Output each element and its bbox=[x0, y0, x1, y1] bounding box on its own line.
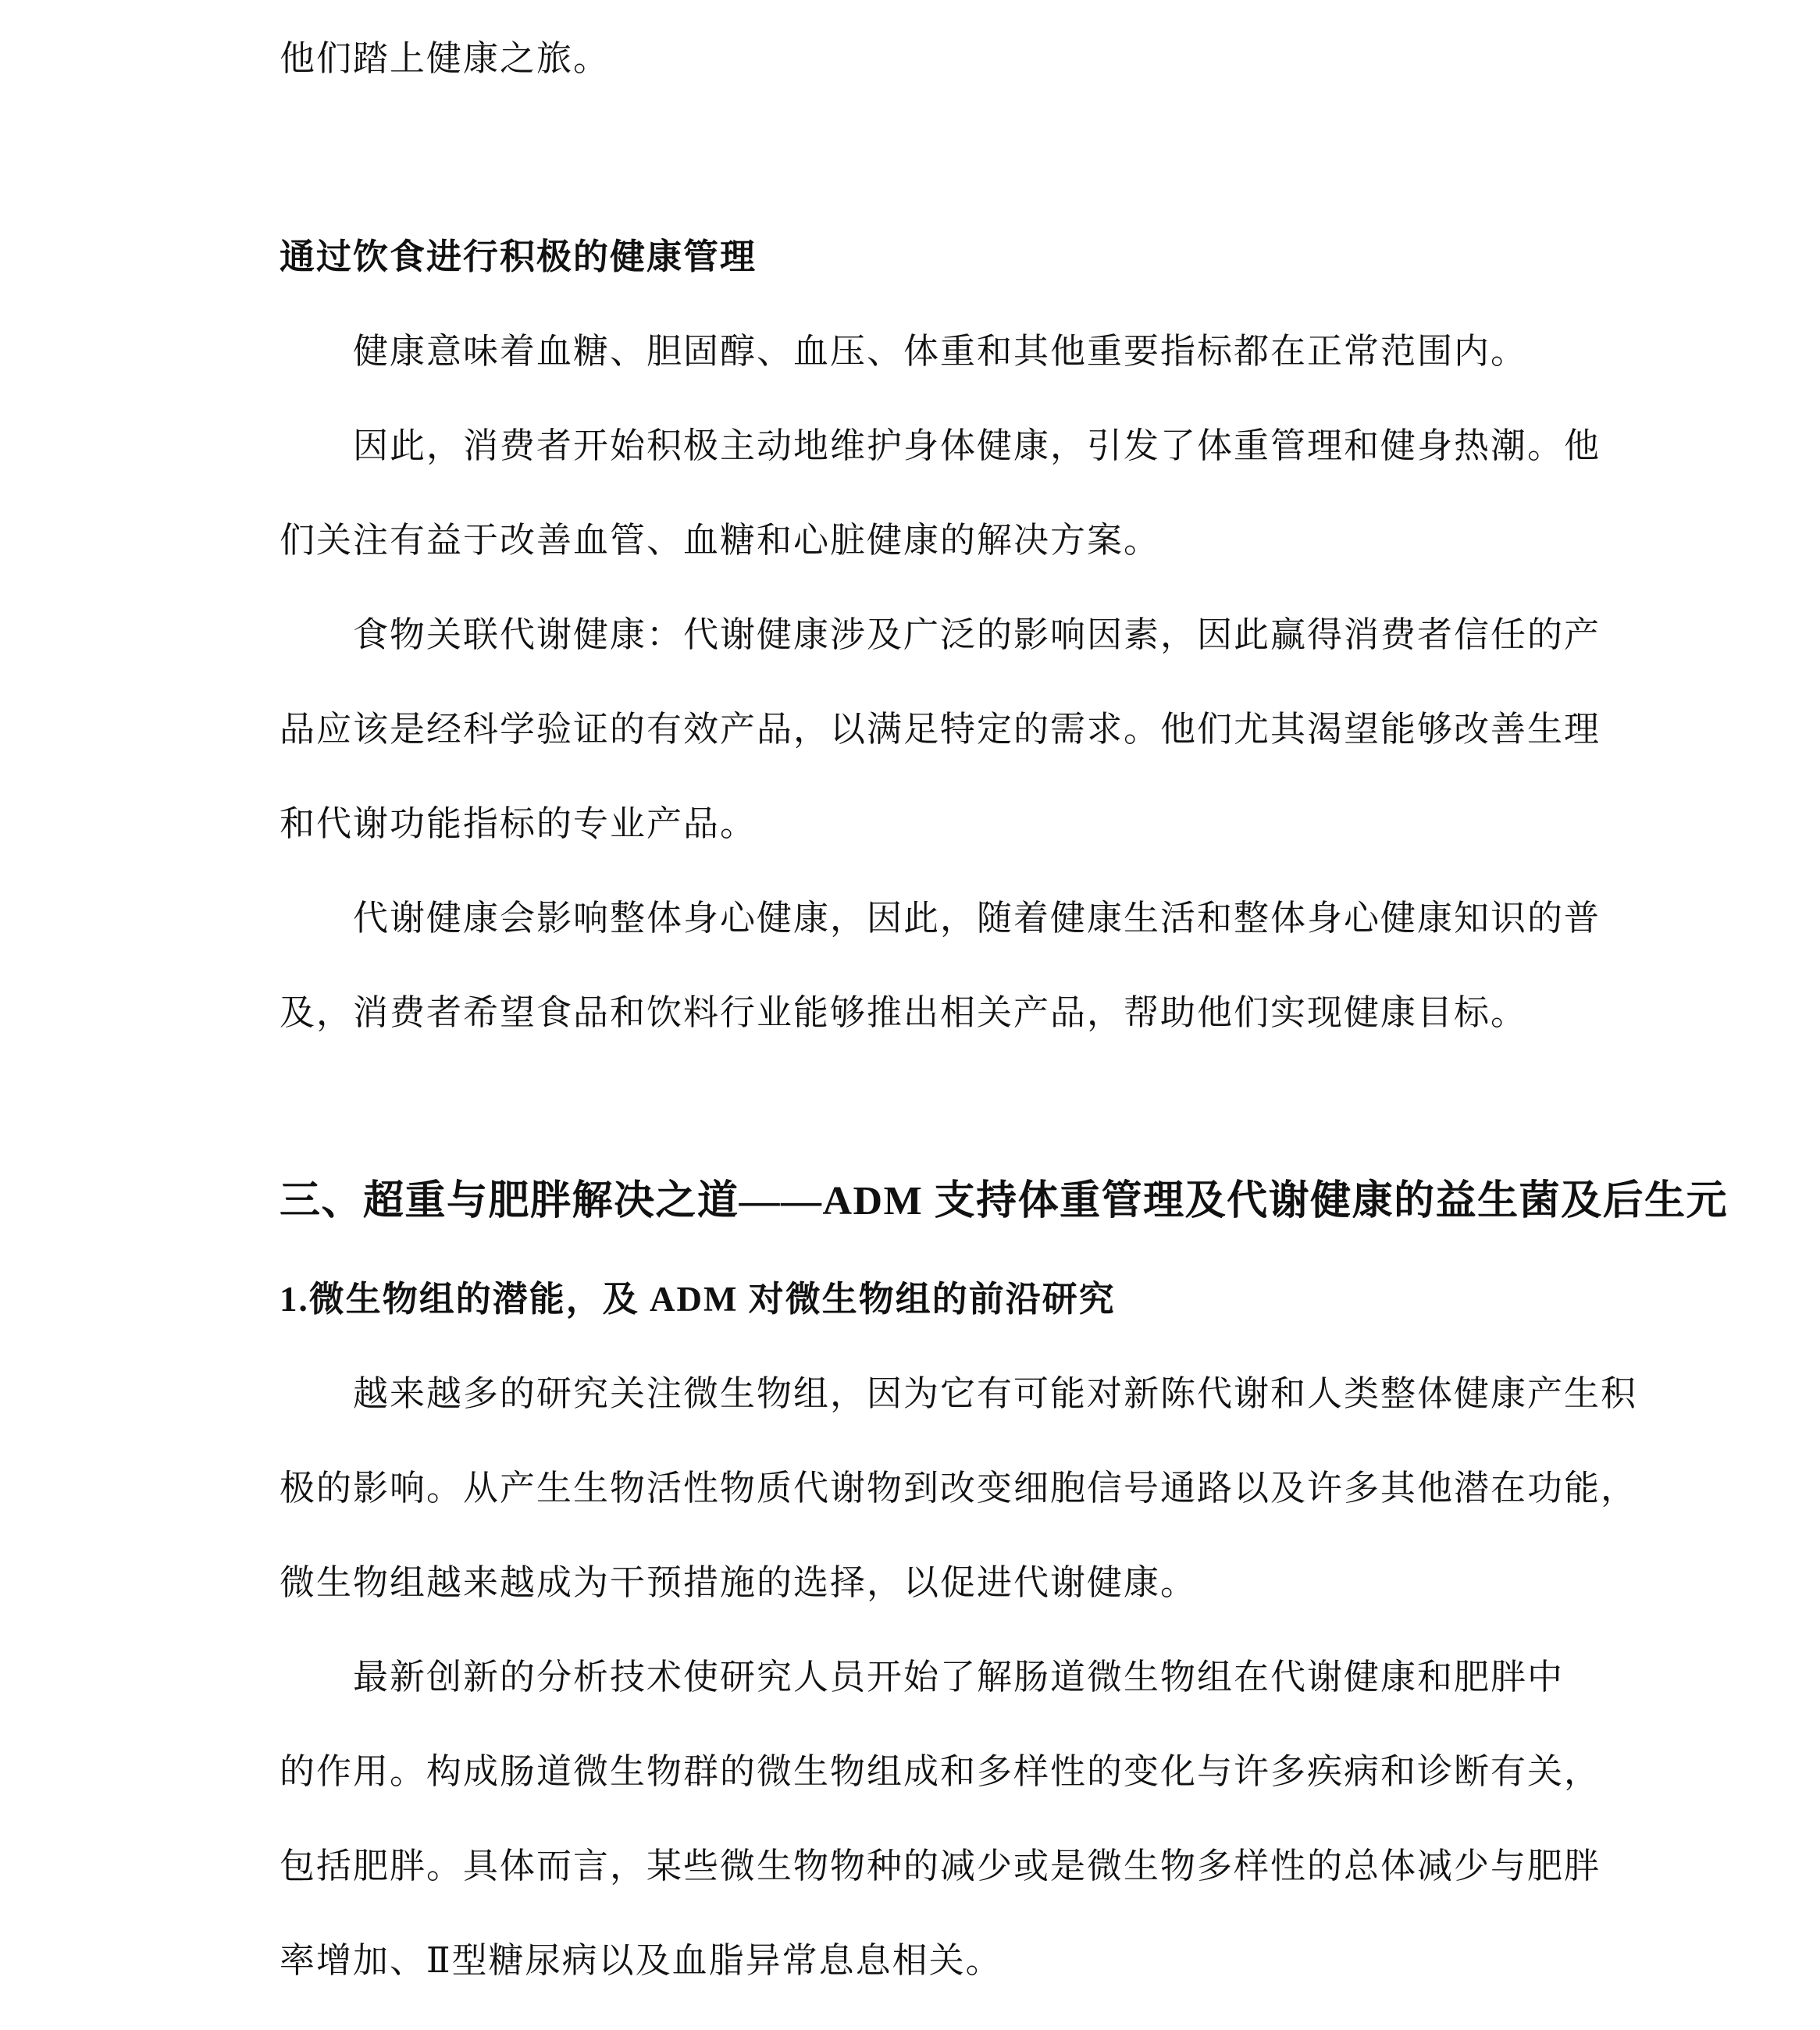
body-text-line: 的作用。构成肠道微生物群的微生物组成和多样性的变化与许多疾病和诊断有关， bbox=[280, 1725, 1703, 1819]
body-text-line: 最新创新的分析技术使研究人员开始了解肠道微生物组在代谢健康和肥胖中 bbox=[280, 1630, 1703, 1725]
blank-line-spacer bbox=[280, 106, 1703, 210]
body-text-line: 和代谢功能指标的专业产品。 bbox=[280, 777, 1703, 871]
section-heading: 1.微生物组的潜能，及 ADM 对微生物组的前沿研究 bbox=[280, 1252, 1703, 1347]
body-text-line: 率增加、Ⅱ型糖尿病以及血脂异常息息相关。 bbox=[280, 1914, 1703, 2008]
body-text-line: 健康意味着血糖、胆固醇、血压、体重和其他重要指标都在正常范围内。 bbox=[280, 304, 1703, 399]
document-page: 他们踏上健康之旅。通过饮食进行积极的健康管理健康意味着血糖、胆固醇、血压、体重和… bbox=[0, 0, 1820, 2030]
chapter-heading: 三、超重与肥胖解决之道——ADM 支持体重管理及代谢健康的益生菌及后生元 bbox=[280, 1151, 1703, 1252]
body-text-line: 食物关联代谢健康：代谢健康涉及广泛的影响因素，因此赢得消费者信任的产 bbox=[280, 588, 1703, 682]
body-text-line: 微生物组越来越成为干预措施的选择，以促进代谢健康。 bbox=[280, 1536, 1703, 1630]
section-heading: 通过饮食进行积极的健康管理 bbox=[280, 210, 1703, 304]
body-text-line: 他们踏上健康之旅。 bbox=[280, 12, 1703, 106]
body-text-line: 因此，消费者开始积极主动地维护身体健康，引发了体重管理和健身热潮。他 bbox=[280, 399, 1703, 493]
body-text-line: 越来越多的研究关注微生物组，因为它有可能对新陈代谢和人类整体健康产生积 bbox=[280, 1347, 1703, 1441]
body-text-line: 们关注有益于改善血管、血糖和心脏健康的解决方案。 bbox=[280, 493, 1703, 588]
body-text-line: 及，消费者希望食品和饮料行业能够推出相关产品，帮助他们实现健康目标。 bbox=[280, 966, 1703, 1060]
body-text-line: 品应该是经科学验证的有效产品，以满足特定的需求。他们尤其渴望能够改善生理 bbox=[280, 682, 1703, 777]
body-text-line: 极的影响。从产生生物活性物质代谢物到改变细胞信号通路以及许多其他潜在功能， bbox=[280, 1441, 1703, 1536]
body-text-line: 包括肥胖。具体而言，某些微生物物种的减少或是微生物多样性的总体减少与肥胖 bbox=[280, 1819, 1703, 1914]
body-text-line: 代谢健康会影响整体身心健康，因此，随着健康生活和整体身心健康知识的普 bbox=[280, 871, 1703, 966]
